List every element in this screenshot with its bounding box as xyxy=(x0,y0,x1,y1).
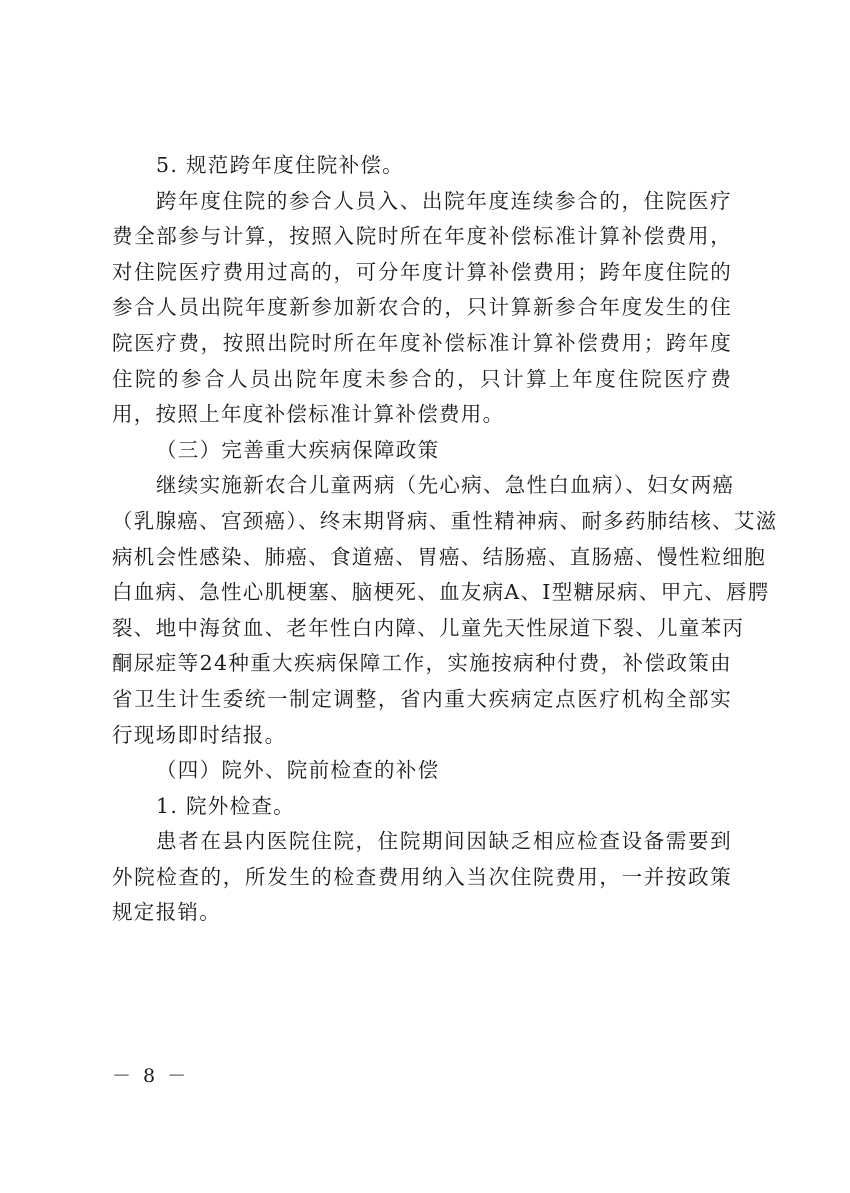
paragraph-line: 酮尿症等24种重大疾病保障工作，实施按病种付费，补偿政策由 xyxy=(112,646,732,682)
section-heading-major-disease-policy: （三）完善重大疾病保障政策 xyxy=(112,433,732,469)
paragraph-line: 病机会性感染、肺癌、食道癌、胃癌、结肠癌、直肠癌、慢性粒细胞 xyxy=(112,540,732,576)
paragraph-line: 继续实施新农合儿童两病（先心病、急性白血病）、妇女两癌 xyxy=(112,468,732,504)
paragraph-line: 白血病、急性心肌梗塞、脑梗死、血友病A、I型糖尿病、甲亢、唇腭 xyxy=(112,575,732,611)
paragraph-line: 参合人员出院年度新参加新农合的，只计算新参合年度发生的住 xyxy=(112,290,732,326)
paragraph-external-exam: 患者在县内医院住院，住院期间因缺乏相应检查设备需要到 外院检查的，所发生的检查费… xyxy=(112,824,732,931)
paragraph-line: 裂、地中海贫血、老年性白内障、儿童先天性尿道下裂、儿童苯丙 xyxy=(112,611,732,647)
paragraph-line: 跨年度住院的参合人员入、出院年度连续参合的，住院医疗 xyxy=(112,184,732,220)
paragraph-line: 行现场即时结报。 xyxy=(112,718,732,754)
paragraph-line: 院医疗费，按照出院时所在年度补偿标准计算补偿费用；跨年度 xyxy=(112,326,732,362)
paragraph-line: 患者在县内医院住院，住院期间因缺乏相应检查设备需要到 xyxy=(112,824,732,860)
paragraph-cross-year-rules: 跨年度住院的参合人员入、出院年度连续参合的，住院医疗 费全部参与计算，按照入院时… xyxy=(112,184,732,433)
page-number: － 8 － xyxy=(112,1064,189,1088)
subheading-cross-year-compensation: 5. 规范跨年度住院补偿。 xyxy=(112,148,732,184)
document-page: 5. 规范跨年度住院补偿。 跨年度住院的参合人员入、出院年度连续参合的，住院医疗… xyxy=(0,0,850,1193)
document-body: 5. 规范跨年度住院补偿。 跨年度住院的参合人员入、出院年度连续参合的，住院医疗… xyxy=(112,148,732,931)
paragraph-line: （乳腺癌、宫颈癌）、终末期肾病、重性精神病、耐多药肺结核、艾滋 xyxy=(112,504,732,540)
paragraph-line: 对住院医疗费用过高的，可分年度计算补偿费用；跨年度住院的 xyxy=(112,255,732,291)
subheading-external-exam: 1. 院外检查。 xyxy=(112,789,732,825)
section-heading-external-exam-compensation: （四）院外、院前检查的补偿 xyxy=(112,753,732,789)
paragraph-line: 住院的参合人员出院年度未参合的，只计算上年度住院医疗费 xyxy=(112,362,732,398)
paragraph-line: 费全部参与计算，按照入院时所在年度补偿标准计算补偿费用， xyxy=(112,219,732,255)
paragraph-line: 省卫生计生委统一制定调整，省内重大疾病定点医疗机构全部实 xyxy=(112,682,732,718)
paragraph-line: 用，按照上年度补偿标准计算补偿费用。 xyxy=(112,397,732,433)
paragraph-line: 规定报销。 xyxy=(112,895,732,931)
paragraph-line: 外院检查的，所发生的检查费用纳入当次住院费用，一并按政策 xyxy=(112,860,732,896)
paragraph-major-diseases: 继续实施新农合儿童两病（先心病、急性白血病）、妇女两癌 （乳腺癌、宫颈癌）、终末… xyxy=(112,468,732,753)
